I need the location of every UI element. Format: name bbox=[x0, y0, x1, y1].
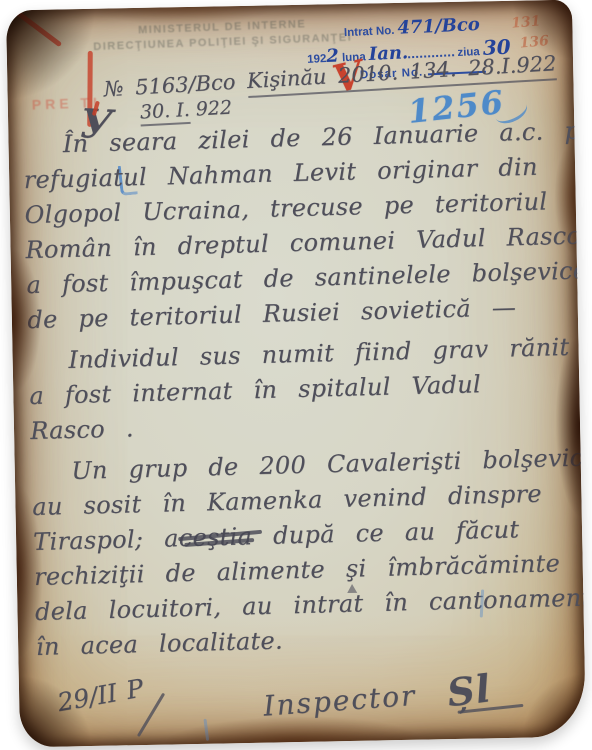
insertion-caret bbox=[347, 584, 357, 593]
document-page: MINISTERUL DE INTERNE DIRECŢIUNEA POLIŢI… bbox=[6, 0, 586, 747]
intrat-label: Intrat No. bbox=[344, 25, 395, 39]
registration-date: 30. I. bbox=[139, 99, 190, 127]
blue-tick-mark bbox=[203, 719, 209, 741]
stamp-dotted-line bbox=[408, 44, 454, 58]
intrat-value: 471/Bco bbox=[397, 14, 480, 39]
folio-number-bottom: 136 bbox=[519, 33, 550, 52]
registration-year: 922 bbox=[195, 97, 232, 121]
red-corner-stroke bbox=[14, 10, 62, 48]
report-body: În seara zilei de 26 Ianuarie a.c. pe câ… bbox=[22, 114, 586, 665]
registration-date-line: 30. I. 922 bbox=[139, 97, 232, 124]
folio-number-top: 131 bbox=[511, 13, 542, 32]
footer-date-mark: 29/II P bbox=[55, 673, 146, 717]
signature-title: Inspector bbox=[262, 679, 417, 723]
